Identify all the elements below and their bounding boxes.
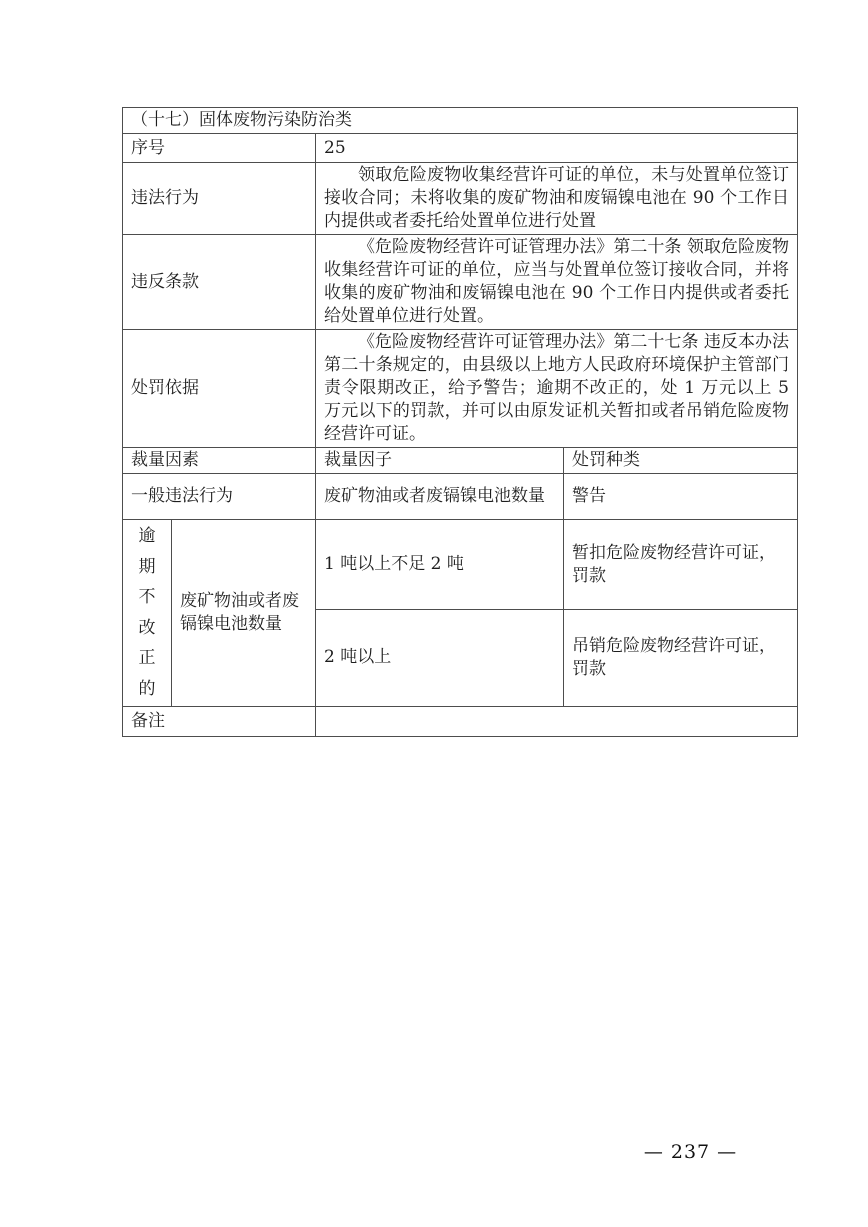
overdue-tier1-penalty: 暂扣危险废物经营许可证，罚款 (564, 520, 798, 610)
table-row: 裁量因素 裁量因子 处罚种类 (123, 448, 798, 474)
section-header: （十七）固体废物污染防治类 (123, 108, 798, 134)
table-row: 逾期不改正的 废矿物油或者废镉镍电池数量 1 吨以上不足 2 吨 暂扣危险废物经… (123, 520, 798, 610)
table-row: 序号 25 (123, 134, 798, 163)
illegal-act-value: 领取危险废物收集经营许可证的单位，未与处置单位签订接收合同；未将收集的废矿物油和… (316, 163, 798, 235)
general-violation-factor: 废矿物油或者废镉镍电池数量 (316, 474, 564, 520)
penalty-rule-table: （十七）固体废物污染防治类 序号 25 违法行为 领取危险废物收集经营许可证的单… (122, 107, 798, 737)
overdue-label: 逾期不改正的 (138, 521, 156, 705)
remark-value (316, 706, 798, 736)
table-row: 违法行为 领取危险废物收集经营许可证的单位，未与处置单位签订接收合同；未将收集的… (123, 163, 798, 235)
penalty-type-header: 处罚种类 (564, 448, 798, 474)
document-page: （十七）固体废物污染防治类 序号 25 违法行为 领取危险废物收集经营许可证的单… (0, 0, 868, 1227)
table-row: （十七）固体废物污染防治类 (123, 108, 798, 134)
violated-clause-label: 违反条款 (123, 235, 316, 330)
discretion-factor-group-header: 裁量因素 (123, 448, 316, 474)
general-violation-penalty: 警告 (564, 474, 798, 520)
overdue-factor: 废矿物油或者废镉镍电池数量 (172, 520, 316, 707)
remark-label: 备注 (123, 706, 316, 736)
table-row: 处罚依据 《危险废物经营许可证管理办法》第二十七条 违反本办法第二十条规定的，由… (123, 330, 798, 448)
page-number: — 237 — (638, 1141, 743, 1163)
discretion-factor-header: 裁量因子 (316, 448, 564, 474)
penalty-basis-value: 《危险废物经营许可证管理办法》第二十七条 违反本办法第二十条规定的，由县级以上地… (316, 330, 798, 448)
serial-value: 25 (316, 134, 798, 163)
table-row: 违反条款 《危险废物经营许可证管理办法》第二十条 领取危险废物收集经营许可证的单… (123, 235, 798, 330)
general-violation-label: 一般违法行为 (123, 474, 316, 520)
serial-label: 序号 (123, 134, 316, 163)
penalty-basis-label: 处罚依据 (123, 330, 316, 448)
table-row: 备注 (123, 706, 798, 736)
overdue-label-cell: 逾期不改正的 (123, 520, 172, 707)
overdue-tier1-range: 1 吨以上不足 2 吨 (316, 520, 564, 610)
overdue-tier2-range: 2 吨以上 (316, 610, 564, 706)
violated-clause-value: 《危险废物经营许可证管理办法》第二十条 领取危险废物收集经营许可证的单位，应当与… (316, 235, 798, 330)
illegal-act-label: 违法行为 (123, 163, 316, 235)
table-row: 一般违法行为 废矿物油或者废镉镍电池数量 警告 (123, 474, 798, 520)
overdue-tier2-penalty: 吊销危险废物经营许可证，罚款 (564, 610, 798, 706)
